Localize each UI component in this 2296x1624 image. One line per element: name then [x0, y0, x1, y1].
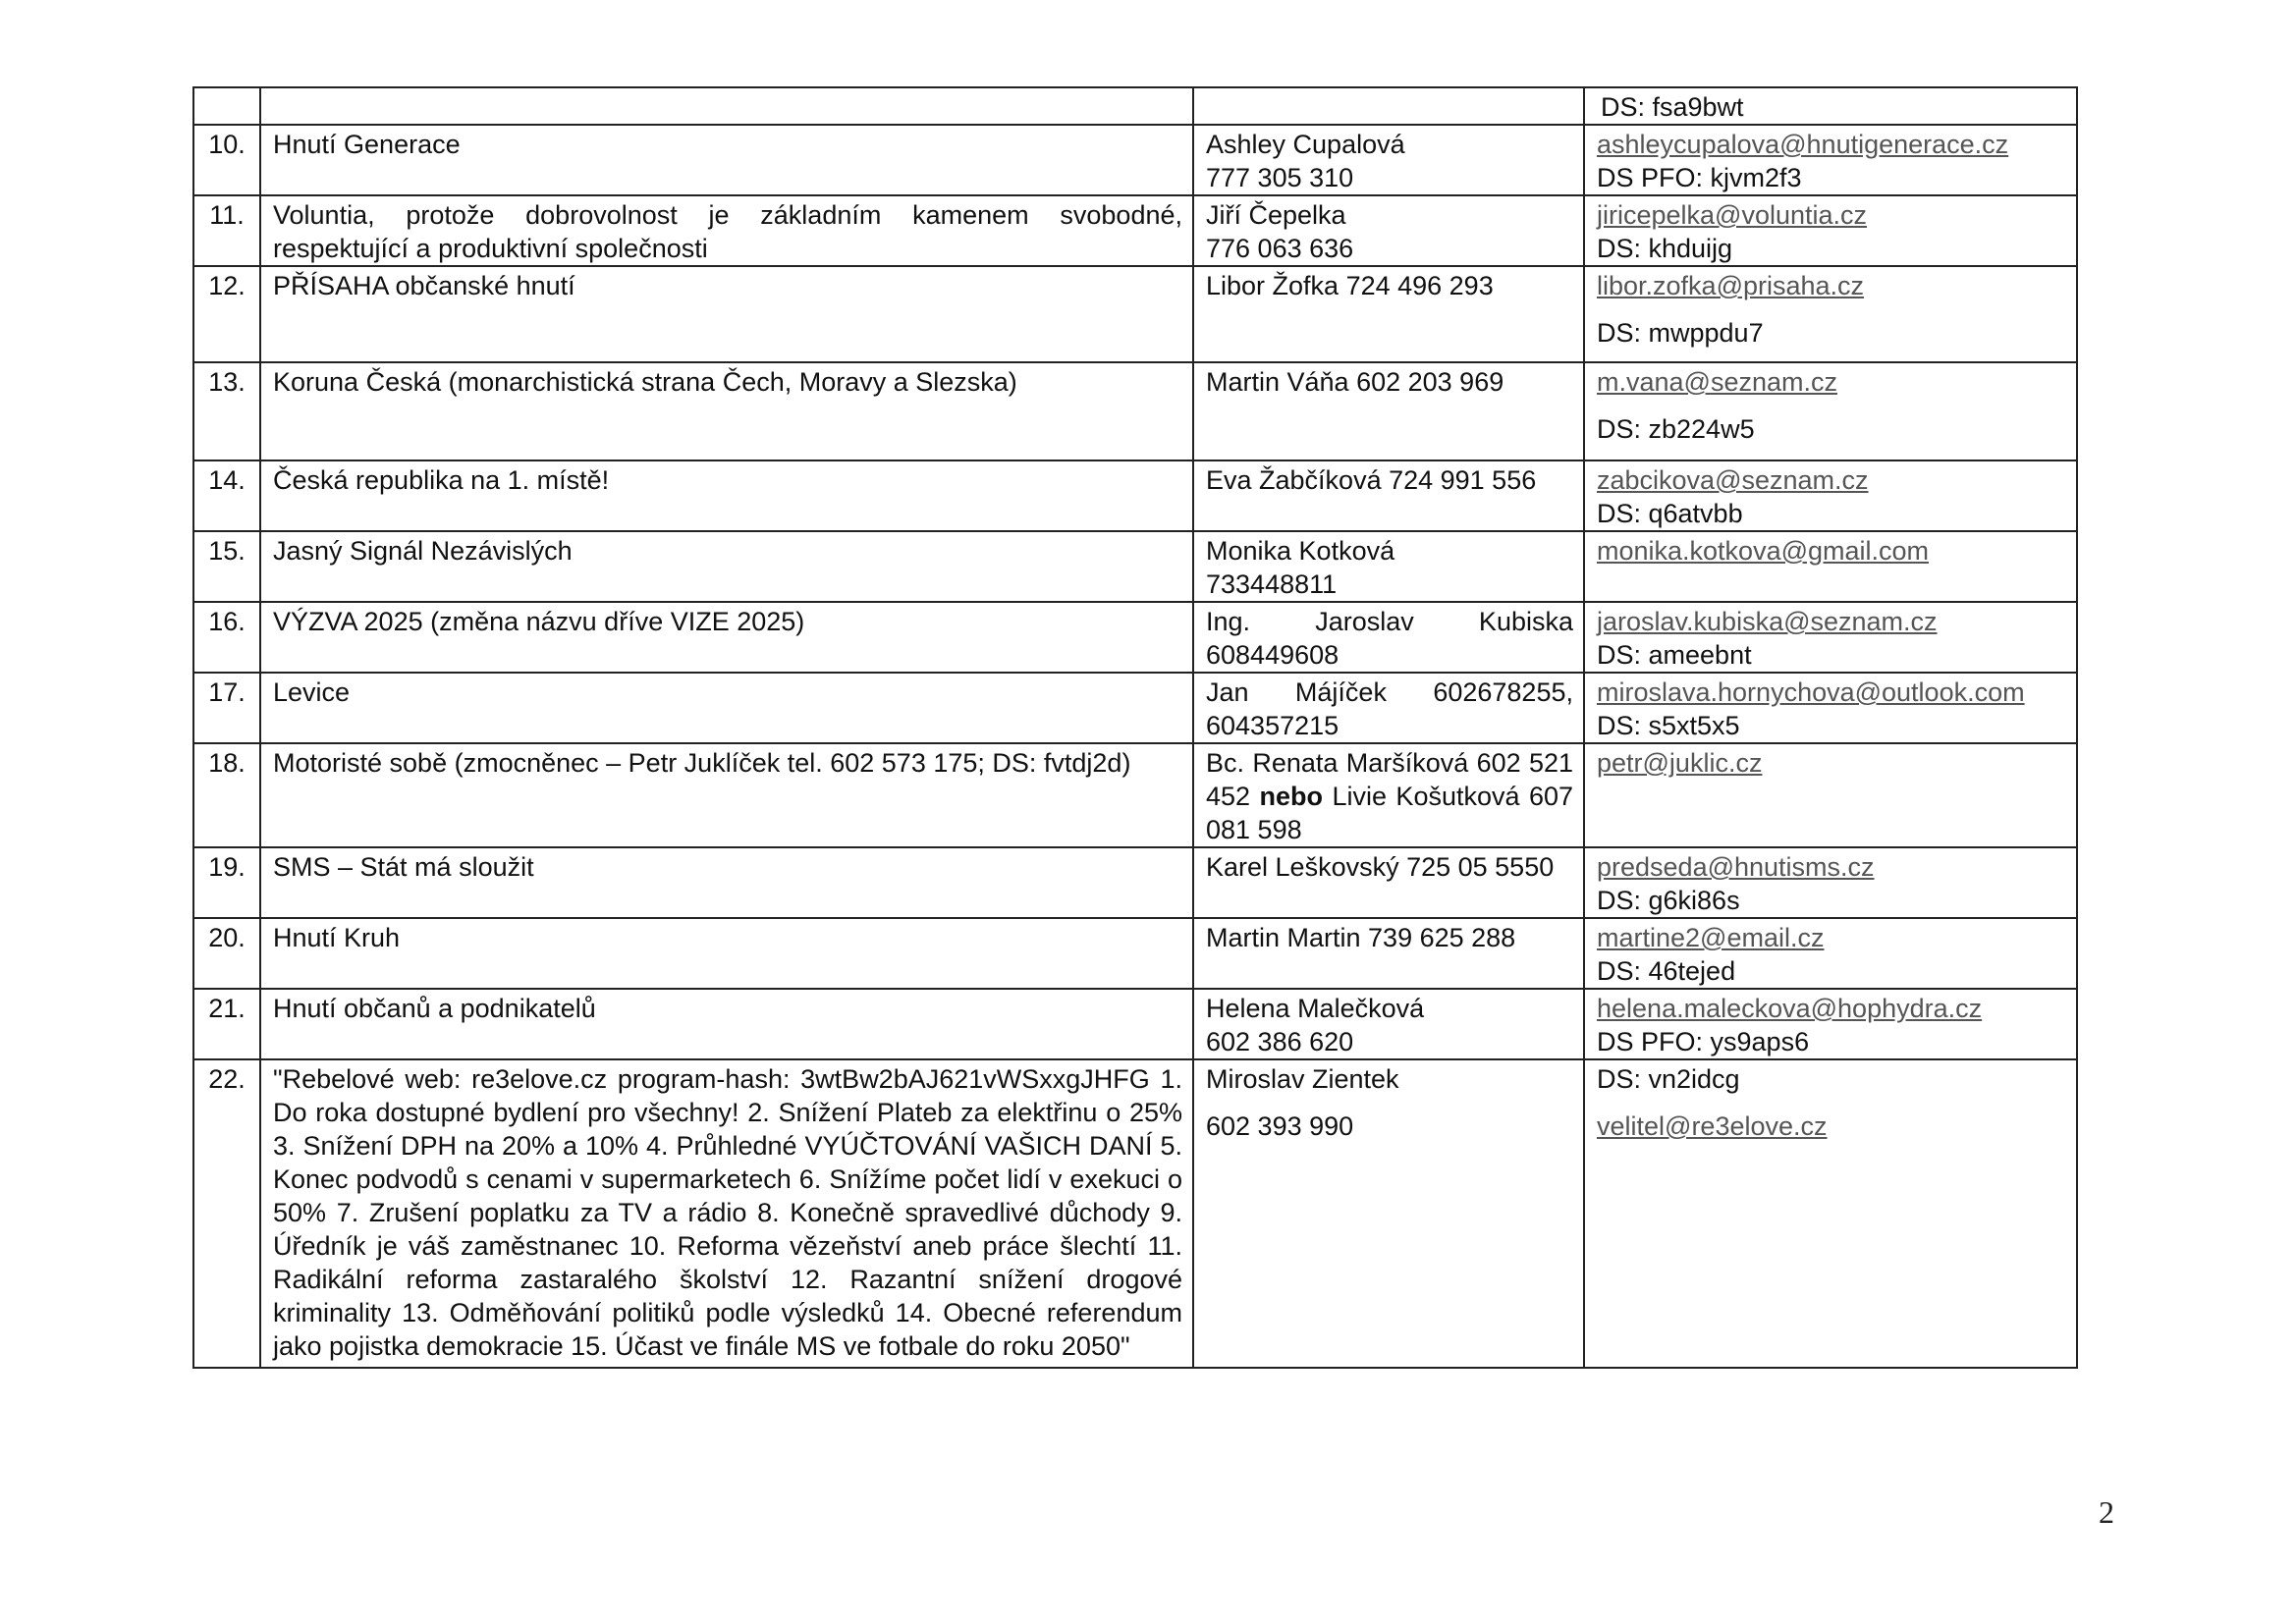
email-link[interactable]: helena.maleckova@hophydra.cz — [1597, 994, 1982, 1023]
table-row: 14. Česká republika na 1. místě! Eva Žab… — [193, 460, 2077, 531]
party-name: SMS – Stát má sloužit — [260, 847, 1193, 918]
table-row: 13. Koruna Česká (monarchistická strana … — [193, 362, 2077, 460]
party-name: Levice — [260, 673, 1193, 743]
email-cell: DS: vn2idcg velitel@re3elove.cz — [1584, 1059, 2077, 1368]
data-box-id: DS PFO: ys9aps6 — [1597, 1025, 2066, 1058]
data-box-id: DS: vn2idcg — [1597, 1062, 2066, 1096]
contact-name: Monika Kotková — [1206, 534, 1573, 568]
data-box-id: DS PFO: kjvm2f3 — [1597, 161, 2066, 194]
email-link[interactable]: martine2@email.cz — [1597, 923, 1824, 952]
email-cell: jaroslav.kubiska@seznam.cz DS: ameebnt — [1584, 602, 2077, 673]
contact-name: Miroslav Zientek — [1206, 1062, 1573, 1096]
data-box-id: DS: ameebnt — [1597, 638, 2066, 672]
table-row: 11. Voluntia, protože dobrovolnost je zá… — [193, 195, 2077, 266]
contact-name: Ashley Cupalová — [1206, 128, 1573, 161]
email-cell: m.vana@seznam.cz DS: zb224w5 — [1584, 362, 2077, 460]
party-contacts-table: DS: fsa9bwt 10. Hnutí Generace Ashley Cu… — [192, 86, 2078, 1369]
contact-cell — [1193, 87, 1584, 125]
email-link[interactable]: petr@juklic.cz — [1597, 748, 1762, 778]
contact-person: Martin Váňa 602 203 969 — [1193, 362, 1584, 460]
contact-phone: 733448811 — [1206, 568, 1573, 601]
contact-person: Eva Žabčíková 724 991 556 — [1193, 460, 1584, 531]
email-cell: zabcikova@seznam.cz DS: q6atvbb — [1584, 460, 2077, 531]
contact-person: Monika Kotková 733448811 — [1193, 531, 1584, 602]
contact-person: Martin Martin 739 625 288 — [1193, 918, 1584, 989]
contact-person: Miroslav Zientek 602 393 990 — [1193, 1059, 1584, 1368]
party-name: Koruna Česká (monarchistická strana Čech… — [260, 362, 1193, 460]
email-cell: ashleycupalova@hnutigenerace.cz DS PFO: … — [1584, 125, 2077, 195]
email-link[interactable]: libor.zofka@prisaha.cz — [1597, 271, 1864, 300]
contact-person: Ashley Cupalová 777 305 310 — [1193, 125, 1584, 195]
email-link[interactable]: jaroslav.kubiska@seznam.cz — [1597, 607, 1938, 636]
row-number: 20. — [193, 918, 260, 989]
contact-person: Karel Leškovský 725 05 5550 — [1193, 847, 1584, 918]
data-box-id: DS: s5xt5x5 — [1597, 709, 2066, 742]
party-name-cell — [260, 87, 1193, 125]
email-link[interactable]: m.vana@seznam.cz — [1597, 367, 1837, 397]
data-box-id: DS: khduijg — [1597, 232, 2066, 265]
party-name: Voluntia, protože dobrovolnost je základ… — [260, 195, 1193, 266]
row-number: 17. — [193, 673, 260, 743]
email-cell: helena.maleckova@hophydra.cz DS PFO: ys9… — [1584, 989, 2077, 1059]
party-name: Česká republika na 1. místě! — [260, 460, 1193, 531]
table-row: 10. Hnutí Generace Ashley Cupalová 777 3… — [193, 125, 2077, 195]
party-name: "Rebelové web: re3elove.cz program-hash:… — [260, 1059, 1193, 1368]
email-cell: predseda@hnutisms.cz DS: g6ki86s — [1584, 847, 2077, 918]
email-cell: martine2@email.cz DS: 46tejed — [1584, 918, 2077, 989]
data-box-id: DS: 46tejed — [1597, 954, 2066, 988]
row-number: 14. — [193, 460, 260, 531]
contact-phone: 777 305 310 — [1206, 161, 1573, 194]
contact-name: Helena Malečková — [1206, 992, 1573, 1025]
row-number: 13. — [193, 362, 260, 460]
table-row: 18. Motoristé sobě (zmocněnec – Petr Juk… — [193, 743, 2077, 847]
row-number-cell — [193, 87, 260, 125]
row-number: 19. — [193, 847, 260, 918]
email-link[interactable]: monika.kotkova@gmail.com — [1597, 536, 1929, 566]
table-row: 22. "Rebelové web: re3elove.cz program-h… — [193, 1059, 2077, 1368]
data-box-id: DS: mwppdu7 — [1597, 316, 2066, 350]
data-box-id: DS: q6atvbb — [1597, 497, 2066, 530]
email-link[interactable]: velitel@re3elove.cz — [1597, 1111, 1828, 1141]
contact-person: Ing. Jaroslav Kubiska 608449608 — [1193, 602, 1584, 673]
contact-name: Jiří Čepelka — [1206, 198, 1573, 232]
email-cell: petr@juklic.cz — [1584, 743, 2077, 847]
table-row: 12. PŘÍSAHA občanské hnutí Libor Žofka 7… — [193, 266, 2077, 362]
party-name: Hnutí Generace — [260, 125, 1193, 195]
email-link[interactable]: predseda@hnutisms.cz — [1597, 852, 1875, 882]
contact-person: Jiří Čepelka 776 063 636 — [1193, 195, 1584, 266]
contact-person: Bc. Renata Maršíková 602 521 452 nebo Li… — [1193, 743, 1584, 847]
party-name: Hnutí Kruh — [260, 918, 1193, 989]
email-link[interactable]: ashleycupalova@hnutigenerace.cz — [1597, 130, 2008, 159]
data-box-cell: DS: fsa9bwt — [1584, 87, 2077, 125]
table-row: 15. Jasný Signál Nezávislých Monika Kotk… — [193, 531, 2077, 602]
table-row: 17. Levice Jan Májíček 602678255, 604357… — [193, 673, 2077, 743]
row-number: 22. — [193, 1059, 260, 1368]
contact-phone: 776 063 636 — [1206, 232, 1573, 265]
row-number: 12. — [193, 266, 260, 362]
email-link[interactable]: jiricepelka@voluntia.cz — [1597, 200, 1867, 230]
contact-person: Helena Malečková 602 386 620 — [1193, 989, 1584, 1059]
page-number: 2 — [2099, 1494, 2114, 1531]
contact-person: Jan Májíček 602678255, 604357215 — [1193, 673, 1584, 743]
table-row: 16. VÝZVA 2025 (změna názvu dříve VIZE 2… — [193, 602, 2077, 673]
email-cell: libor.zofka@prisaha.cz DS: mwppdu7 — [1584, 266, 2077, 362]
row-number: 10. — [193, 125, 260, 195]
data-box-id: DS: zb224w5 — [1597, 412, 2066, 446]
email-cell: monika.kotkova@gmail.com — [1584, 531, 2077, 602]
email-cell: jiricepelka@voluntia.cz DS: khduijg — [1584, 195, 2077, 266]
party-name: PŘÍSAHA občanské hnutí — [260, 266, 1193, 362]
contact-phone: 602 386 620 — [1206, 1025, 1573, 1058]
table-row-continuation: DS: fsa9bwt — [193, 87, 2077, 125]
data-box-id: DS: fsa9bwt — [1601, 92, 1744, 122]
row-number: 15. — [193, 531, 260, 602]
email-link[interactable]: miroslava.hornychova@outlook.com — [1597, 677, 2025, 707]
contact-or-separator: nebo — [1260, 782, 1324, 811]
row-number: 11. — [193, 195, 260, 266]
party-name: Hnutí občanů a podnikatelů — [260, 989, 1193, 1059]
table-row: 20. Hnutí Kruh Martin Martin 739 625 288… — [193, 918, 2077, 989]
party-name: Motoristé sobě (zmocněnec – Petr Juklíče… — [260, 743, 1193, 847]
party-name: Jasný Signál Nezávislých — [260, 531, 1193, 602]
email-link[interactable]: zabcikova@seznam.cz — [1597, 465, 1869, 495]
row-number: 16. — [193, 602, 260, 673]
table-row: 19. SMS – Stát má sloužit Karel Leškovsk… — [193, 847, 2077, 918]
data-box-id: DS: g6ki86s — [1597, 884, 2066, 917]
party-name: VÝZVA 2025 (změna názvu dříve VIZE 2025) — [260, 602, 1193, 673]
contact-person: Libor Žofka 724 496 293 — [1193, 266, 1584, 362]
row-number: 18. — [193, 743, 260, 847]
email-cell: miroslava.hornychova@outlook.com DS: s5x… — [1584, 673, 2077, 743]
table-row: 21. Hnutí občanů a podnikatelů Helena Ma… — [193, 989, 2077, 1059]
row-number: 21. — [193, 989, 260, 1059]
contact-phone: 602 393 990 — [1206, 1110, 1573, 1143]
